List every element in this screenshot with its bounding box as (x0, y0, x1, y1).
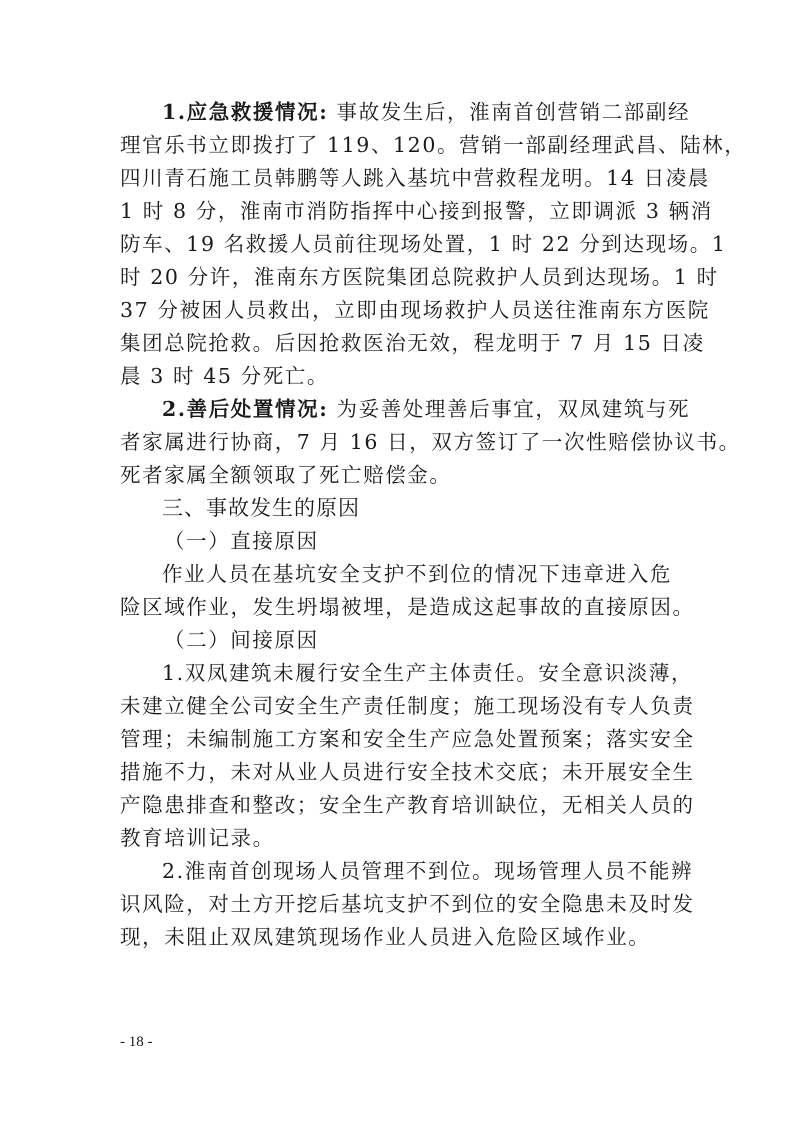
paragraph-line: 者家属进行协商，7 月 16 日，双方签订了一次性赔偿协议书。 (120, 426, 672, 459)
document-page: 1.应急救援情况: 事故发生后，淮南首创营销二部副经 理官乐书立即拨打了 119… (120, 96, 672, 954)
subsection-heading-indirect: （二）间接原因 (120, 624, 672, 657)
paragraph-line: 2.善后处置情况: 为妥善处理善后事宜，双凤建筑与死 (120, 393, 672, 426)
paragraph-line: 管理；未编制施工方案和安全生产应急处置预案；落实安全 (120, 723, 672, 756)
paragraph-line: 识风险，对土方开挖后基坑支护不到位的安全隐患未及时发 (120, 888, 672, 921)
paragraph-line: 现，未阻止双凤建筑现场作业人员进入危险区域作业。 (120, 921, 672, 954)
paragraph-line: 1.应急救援情况: 事故发生后，淮南首创营销二部副经 (120, 96, 672, 129)
paragraph-line: 37 分被困人员救出，立即由现场救护人员送往淮南东方医院 (120, 294, 672, 327)
paragraph-line: 晨 3 时 45 分死亡。 (120, 360, 672, 393)
paragraph-line: 防车、19 名救援人员前往现场处置，1 时 22 分到达现场。1 (120, 228, 672, 261)
paragraph-line: 时 20 分许，淮南东方医院集团总院救护人员到达现场。1 时 (120, 261, 672, 294)
paragraph-line: 集团总院抢救。后因抢救医治无效，程龙明于 7 月 15 日凌 (120, 327, 672, 360)
paragraph-line: 1 时 8 分，淮南市消防指挥中心接到报警，立即调派 3 辆消 (120, 195, 672, 228)
section-heading: 三、事故发生的原因 (120, 492, 672, 525)
page-number: - 18 - (120, 1034, 153, 1051)
paragraph-text: 事故发生后，淮南首创营销二部副经 (337, 100, 691, 124)
paragraph-line: 措施不力，未对从业人员进行安全技术交底；未开展安全生 (120, 756, 672, 789)
emergency-rescue-label: 1.应急救援情况: (162, 100, 328, 124)
subsection-heading-direct: （一）直接原因 (120, 525, 672, 558)
paragraph-line: 1.双凤建筑未履行安全生产主体责任。安全意识淡薄， (120, 657, 672, 690)
paragraph-line: 教育培训记录。 (120, 822, 672, 855)
paragraph-text: 为妥善处理善后事宜，双凤建筑与死 (337, 397, 691, 421)
paragraph-line: 死者家属全额领取了死亡赔偿金。 (120, 459, 672, 492)
paragraph-line: 产隐患排查和整改；安全生产教育培训缺位，无相关人员的 (120, 789, 672, 822)
paragraph-line: 险区域作业，发生坍塌被埋，是造成这起事故的直接原因。 (120, 591, 672, 624)
paragraph-line: 作业人员在基坑安全支护不到位的情况下违章进入危 (120, 558, 672, 591)
paragraph-line: 理官乐书立即拨打了 119、120。营销一部副经理武昌、陆林， (120, 129, 672, 162)
paragraph-line: 四川青石施工员韩鹏等人跳入基坑中营救程龙明。14 日凌晨 (120, 162, 672, 195)
paragraph-line: 2.淮南首创现场人员管理不到位。现场管理人员不能辨 (120, 855, 672, 888)
paragraph-line: 未建立健全公司安全生产责任制度；施工现场没有专人负责 (120, 690, 672, 723)
aftermath-label: 2.善后处置情况: (162, 397, 328, 421)
